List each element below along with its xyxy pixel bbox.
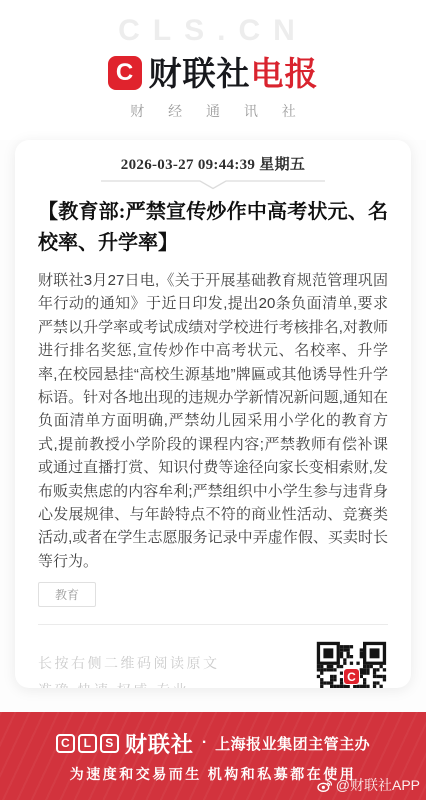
cls-app-icon: C (108, 56, 142, 90)
weibo-icon (317, 777, 333, 793)
qr-hint-line2: 准确 快速 权威 专业 (38, 677, 220, 688)
weibo-handle: @财联社APP (336, 775, 420, 795)
footer-brand-name: 财联社 (125, 728, 194, 759)
share-card-header: CLS.CN C 财联社电报 财 经 通 讯 社 (0, 0, 426, 140)
qr-center-logo: C (343, 668, 360, 685)
footer-banner: C L S 财联社 · 上海报业集团主管主办 为速度和交易而生 机构和私募都在使… (0, 712, 426, 800)
timestamp: 2026-03-27 09:44:39 星期五 (38, 153, 388, 174)
logo-wordmark: 财联社电报 (149, 57, 319, 90)
footer-separator: · (202, 734, 207, 752)
news-headline: 【教育部:严禁宣传炒作中高考状元、名校率、升学率】 (38, 197, 388, 259)
cls-letter-l: L (78, 734, 97, 753)
logo-wordmark-black: 财联社 (149, 55, 251, 92)
cls-letter-boxes: C L S (56, 734, 119, 753)
qr-hints: 长按右侧二维码阅读原文 准确 快速 权威 专业 (38, 650, 220, 688)
notch-divider (101, 180, 325, 190)
cls-letter-s: S (100, 734, 119, 753)
qr-hint-line1: 长按右侧二维码阅读原文 (38, 650, 220, 677)
qr-section: 长按右侧二维码阅读原文 准确 快速 权威 专业 C (38, 640, 388, 688)
footer-org: 上海报业集团主管主办 (215, 733, 370, 754)
qr-code[interactable]: C (315, 640, 388, 688)
footer-brand-row: C L S 财联社 · 上海报业集团主管主办 (0, 732, 426, 754)
card-divider (38, 624, 388, 625)
header-slogan: 财 经 通 讯 社 (0, 101, 426, 121)
news-body: 财联社3月27日电,《关于开展基础教育规范管理巩固年行动的通知》于近日印发,提出… (38, 269, 388, 573)
cls-letter-c: C (56, 734, 75, 753)
weibo-credit: @财联社APP (317, 775, 420, 795)
logo-wordmark-red: 电报 (251, 55, 319, 92)
cls-logo: C 财联社电报 (0, 54, 426, 92)
topic-tag[interactable]: 教育 (38, 582, 96, 607)
news-card: 2026-03-27 09:44:39 星期五 【教育部:严禁宣传炒作中高考状元… (15, 140, 411, 688)
cls-watermark: CLS.CN (0, 14, 426, 48)
